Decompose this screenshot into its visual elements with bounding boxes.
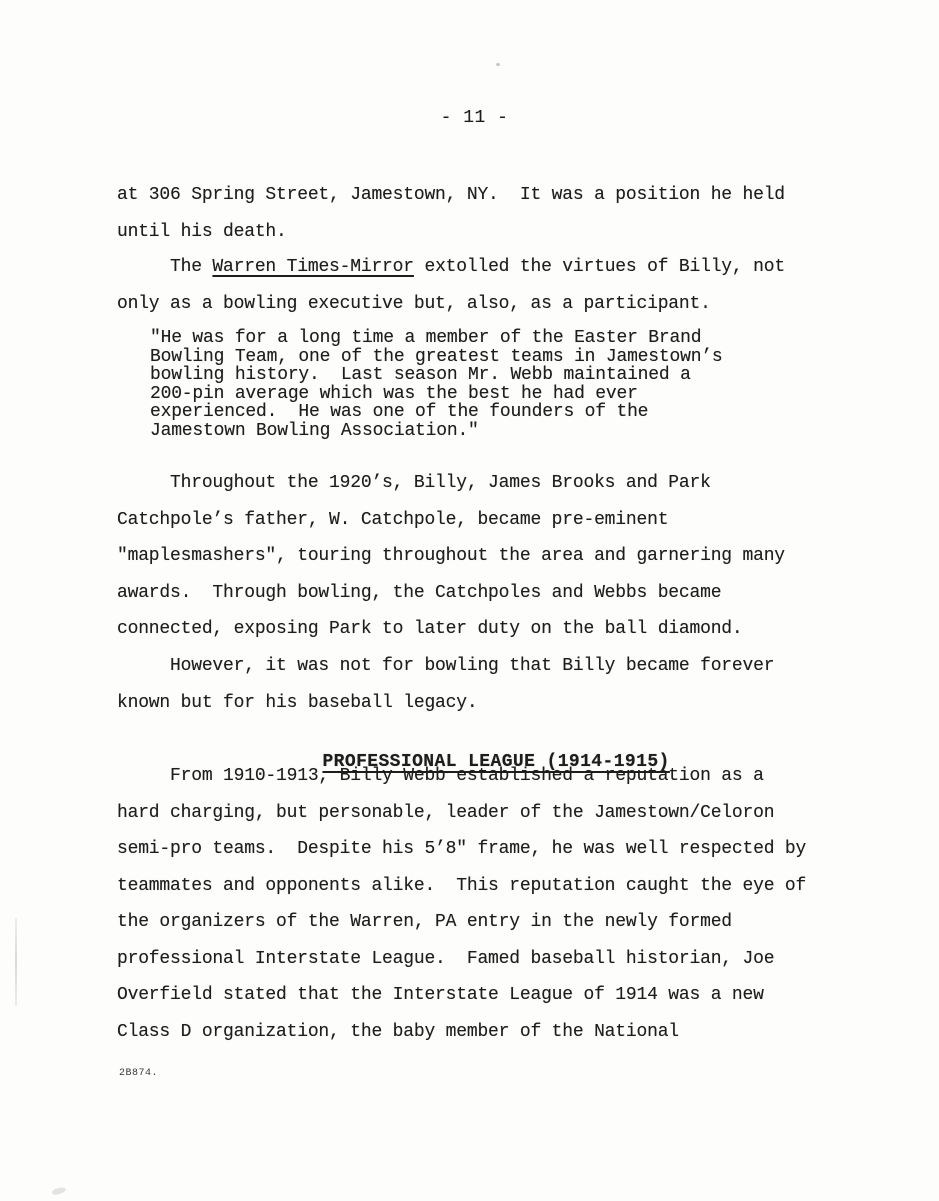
page-number: - 11 - bbox=[117, 106, 832, 130]
paragraph-address: at 306 Spring Street, Jamestown, NY. It … bbox=[117, 177, 785, 250]
scan-speck-top bbox=[496, 63, 500, 66]
paragraph-times-mirror: The Warren Times-Mirror extolled the vir… bbox=[117, 249, 785, 322]
paragraph-interstate-league: From 1910-1913, Billy Webb established a… bbox=[117, 758, 806, 1050]
scan-speck-bottom bbox=[51, 1186, 66, 1196]
scan-edge-line bbox=[15, 918, 17, 1006]
quoted-passage: "He was for a long time a member of the … bbox=[150, 329, 723, 441]
paragraph-baseball-legacy: However, it was not for bowling that Bil… bbox=[117, 648, 774, 721]
paragraph-maplesmashers: Throughout the 1920’s, Billy, James Broo… bbox=[117, 465, 785, 648]
paragraph-times-mirror-prefix: The bbox=[117, 257, 212, 277]
document-page: - 11 - at 306 Spring Street, Jamestown, … bbox=[0, 0, 939, 1201]
newspaper-title: Warren Times-Mirror bbox=[212, 257, 413, 277]
document-control-number: 2B874. bbox=[119, 1068, 158, 1079]
